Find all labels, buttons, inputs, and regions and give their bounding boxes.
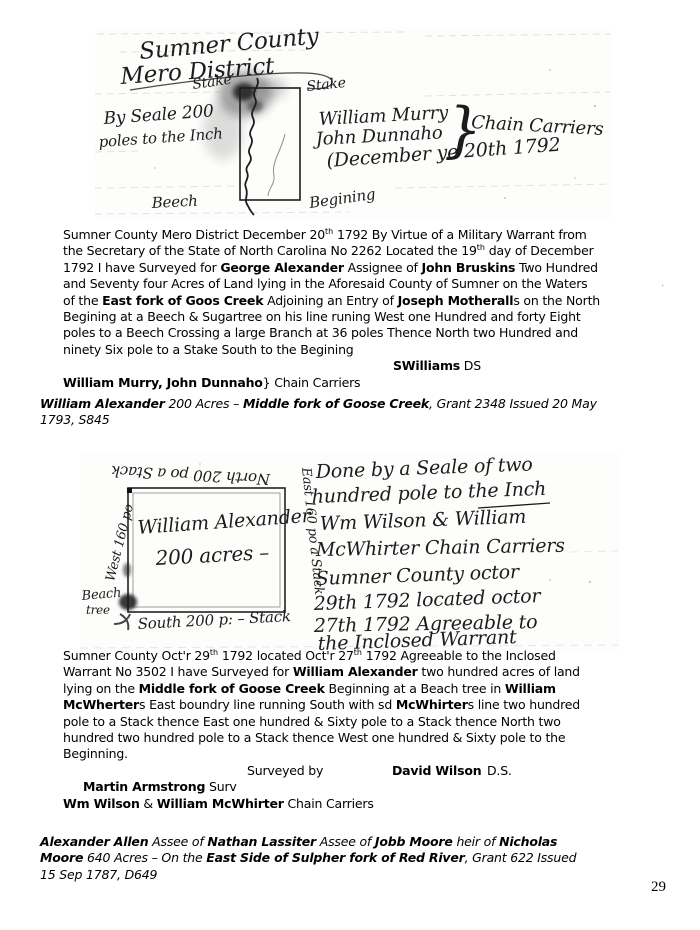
- note-line-5: Sumner County octor: [315, 561, 521, 590]
- surveyed-by-line: Surveyed by David Wilson D.S.: [63, 763, 580, 779]
- survey-plat-1-drawing: Sumner County Mero District Stake Stake …: [95, 28, 612, 220]
- transcription-paragraph-2: Sumner County Oct'r 29th 1792 located Oc…: [63, 648, 580, 812]
- book-page: Sumner County Mero District Stake Stake …: [0, 0, 700, 930]
- plat2-corner-mark: [127, 488, 132, 493]
- plat2-left-label-rotated: West 160 po: [103, 502, 137, 583]
- transcription-paragraph-1: Sumner County Mero District December 20t…: [63, 227, 600, 391]
- plat1-begining-label: Begining: [307, 185, 376, 212]
- paragraph-2-lines: Sumner County Oct'r 29th 1792 located Oc…: [63, 648, 580, 763]
- grant-header-2-lines: Alexander Allen Assee of Nathan Lassiter…: [40, 834, 576, 883]
- plat1-beech-label: Beech: [150, 192, 198, 212]
- grant-header-1: William Alexander 200 Acres – Middle for…: [40, 396, 597, 429]
- plat2-top-label-inverted: North 200 po a Stack: [111, 462, 272, 488]
- plat2-tree-label: tree: [86, 603, 110, 617]
- survey-scan-2: North 200 po a Stack West 160 po East 16…: [80, 452, 620, 652]
- stray-scan-mark: ·: [661, 281, 664, 292]
- grant-header-2: Alexander Allen Assee of Nathan Lassiter…: [40, 834, 576, 883]
- plat1-stake-right-label: Stake: [306, 75, 347, 95]
- page-number: 29: [651, 879, 666, 896]
- plat2-owner-script: William Alexander: [137, 505, 314, 539]
- martin-armstrong-line: Martin Armstrong Surv: [63, 779, 580, 795]
- surveyor-title: D.S.: [487, 763, 512, 779]
- creek-branch-line: [268, 134, 285, 196]
- grant-header-1-lines: William Alexander 200 Acres – Middle for…: [40, 396, 597, 429]
- surveyed-by-label: Surveyed by: [247, 763, 323, 779]
- note-line-4: McWhirter Chain Carriers: [315, 535, 566, 561]
- surveyor-name: David Wilson: [392, 763, 481, 779]
- note-line-3: Wm Wilson & William: [319, 506, 526, 535]
- survey-plat-2-drawing: North 200 po a Stack West 160 po East 16…: [80, 452, 620, 652]
- chain-carriers-line-1: William Murry, John Dunnaho} Chain Carri…: [63, 375, 600, 391]
- note-line-6: 29th 1792 located octor: [312, 585, 542, 615]
- plat2-acreage-script: 200 acres –: [154, 540, 270, 570]
- plat2-notes-script: Done by a Seale of two hundred pole to t…: [311, 453, 565, 652]
- paragraph-1-lines: Sumner County Mero District December 20t…: [63, 227, 600, 358]
- plat2-bottom-label: South 200 p: – Stack: [137, 607, 291, 633]
- surveyor-signature-line: SWilliams DS: [63, 358, 600, 374]
- chain-carriers-line-2: Wm Wilson & William McWhirter Chain Carr…: [63, 796, 580, 812]
- plat2-beach-label: Beach: [80, 586, 122, 604]
- plat1-scale-line1: By Seale 200: [102, 101, 215, 129]
- plat1-scale-line2: poles to the Inch: [98, 124, 223, 151]
- note-line-2: hundred pole to the Inch: [311, 478, 546, 508]
- survey-scan-1: Sumner County Mero District Stake Stake …: [95, 28, 612, 220]
